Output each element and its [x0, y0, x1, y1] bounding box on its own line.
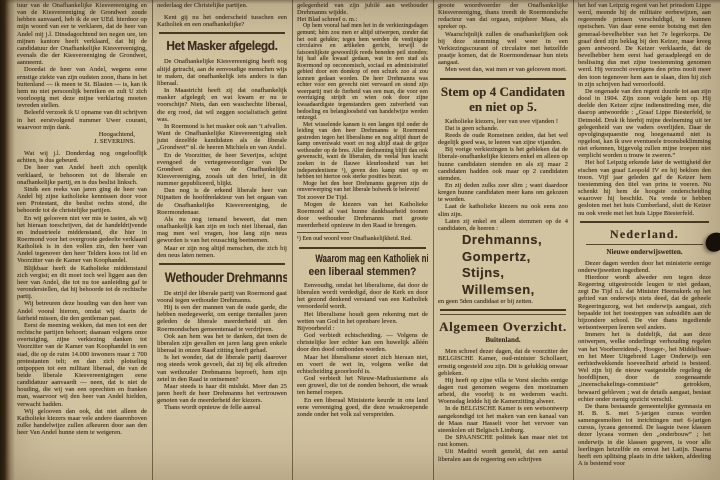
signature-name: J. SEVERIJNS. — [17, 138, 147, 145]
paragraph: De ongenade van den regent duurde tot aa… — [578, 88, 711, 160]
headline-algemeen-overzicht: Algemeen Overzicht. — [438, 319, 568, 334]
headline-het-masker-afgelegd: Het Masker afgelegd. — [160, 39, 284, 54]
paragraph: Hierdoor wordt alweder een tegen deze Re… — [578, 274, 711, 331]
paragraph: De SPAANSCHE politiek kan maar niet tot … — [438, 434, 568, 448]
paragraph: Ook aan hem was het te danken, dat toen … — [157, 333, 287, 354]
headline-nederland: Nederland. — [578, 227, 711, 241]
paragraph: Wij betreuren deze houding van den heer … — [17, 300, 147, 321]
paragraph: Eerst de meening wekken, dat men tot een… — [17, 322, 147, 408]
headline-wethouder-drehmanns: Wethouder Drehmanns. — [165, 270, 279, 286]
column-divider — [292, 0, 293, 480]
newspaper-column-1: tuur van de Onafhankelijke Kiesvereenigi… — [17, 2, 147, 480]
paragraph: Laat de katholieke kiezers nu ook eens z… — [438, 203, 568, 217]
paragraph: groote woordvoerder der Onafhankelijke K… — [438, 2, 568, 31]
paragraph: Immers het is duidelijk, dat aan deze on… — [578, 331, 711, 403]
subhead-buitenland: Buitenland. — [438, 336, 568, 345]
divider-rule — [159, 263, 285, 265]
paragraph: Laten zij enkel en alleen stemmen op de … — [438, 218, 568, 232]
paragraph: Als nu nog iemand beweert, dat men onafh… — [157, 216, 287, 245]
paragraph: God verbiedt het Nieuw-Mathusianisme als… — [297, 375, 428, 396]
paragraph: Maar er zijn nog altijd menschen, die zi… — [157, 245, 287, 259]
headline-waarom-mag-een-katholiek: Waarom mag een Katholiek niet op — [315, 253, 409, 266]
paragraph: In Maastricht heeft zij dat onafhankelij… — [157, 87, 287, 123]
divider-rule — [299, 247, 426, 249]
subhead-nieuwe-onderwijswetten: Nieuwe onderwijswetten. — [578, 248, 711, 257]
newspaper-column-4: groote woordvoerder der Onafhankelijke K… — [438, 2, 568, 480]
column-divider — [573, 0, 574, 480]
quoted-paragraph: Met wisselende kansen is een langen tijd… — [297, 122, 428, 181]
headline-waarom-mag-een-katholiek-2: een liberaal stemmen? — [304, 266, 422, 279]
paragraph: De heer van Andel heeft zich openlijk ve… — [17, 164, 147, 185]
newspaper-column-5: het hof van Leipzig regent van het prins… — [578, 2, 711, 480]
paragraph: Beleefd verzoek ik U opname van dit schr… — [17, 109, 147, 130]
paragraph: Hij is een der mannen van de oude garde,… — [157, 304, 287, 333]
paragraph: Hij heeft op zijne villa te Vorst slecht… — [438, 377, 568, 406]
divider-rule — [440, 78, 566, 80]
divider-rule — [297, 232, 349, 233]
paragraph: Mogen de kiezers van het Katholieke Roer… — [297, 201, 428, 230]
paragraph: En wij gelooven niet ver mis te tasten, … — [17, 215, 147, 265]
paragraph: Tot zoover De Tijd. — [297, 194, 428, 201]
paragraph: Het hof Leipzig erkende later de wettigh… — [578, 159, 711, 216]
paragraph: Dan nog is de erkend liberale heer van N… — [157, 187, 287, 216]
divider-rule — [586, 244, 703, 245]
paragraph: De Onafhankelijke Kiesvereeniging heeft … — [157, 58, 287, 87]
paragraph: Doordat de heer van Andel, wegens eene e… — [17, 66, 147, 109]
column-divider — [433, 0, 434, 480]
paragraph: het hof van Leipzig regent van het prins… — [578, 2, 711, 88]
paragraph: Wat wij j.l. Donderdag nog ongelooflijk … — [17, 150, 147, 164]
paragraph: Reeds de oude Romeinen zeiden, dat het w… — [438, 132, 568, 146]
paragraph: God verbiedt echtscheiding. — Volgens de… — [297, 332, 428, 353]
paragraph: Maar steeds is haar dit mislukt. Meer da… — [157, 383, 287, 404]
paragraph: Het liberalisme houdt geen rekening met … — [297, 311, 428, 325]
paragraph: En de Voorzitter, de heer Severijns, sch… — [157, 152, 287, 188]
paragraph: Thans wordt opnieuw de felle aanval — [157, 404, 287, 411]
paragraph: Dezer dagen werden door het ministerie e… — [578, 260, 711, 274]
headline-stem-op-4-candidaten: Stem op 4 Candidaten — [438, 84, 568, 99]
paragraph: In de BELGISCHE Kamer is een wetsontwerp… — [438, 405, 568, 434]
paragraph: Eenvoudig, omdat het liberalisme, dat do… — [297, 282, 428, 311]
paragraph: Katholieke kiezers, leer van uwe vijande… — [438, 118, 568, 125]
signature-closing: Hoogachtend, — [17, 131, 147, 138]
paragraph: Waarschijnlijk zullen de onafhankelijken… — [438, 31, 568, 67]
paragraph: Blijkbaar heeft de Katholieke middenstan… — [17, 265, 147, 301]
paragraph: In Roermond is het masker ook aan ’t afv… — [157, 123, 287, 152]
candidate-name-stijns: Stijns, — [438, 265, 568, 282]
column-divider — [152, 0, 153, 480]
divider-rule — [580, 221, 709, 223]
quoted-paragraph: Moge het den heer Drehmanns gegeven zijn… — [297, 181, 428, 194]
candidate-name-drehmanns: Drehmanns, — [438, 232, 568, 249]
candidate-name-willemsen: Willemsen, — [438, 282, 568, 299]
paragraph: En zij deden zulks zeer slim ; want daar… — [438, 182, 568, 203]
paragraph: Maar het liberalisme stoort zich hieraan… — [297, 354, 428, 375]
paragraph: Wij gelooven dan ook, dat niet alleen de… — [17, 408, 147, 437]
paragraph: Uit Madrid wordt gemeld, dat een aantal … — [438, 448, 568, 462]
footnote: ¹) Een oud woord voor Onafhankelijkheid.… — [297, 236, 428, 243]
paragraph: En een liberaal Ministerie keurde in ons… — [297, 397, 428, 418]
quoted-paragraph: Op hem vooral had men het in de verkiezi… — [297, 23, 428, 121]
divider-rule — [159, 32, 285, 34]
page-edge-shadow — [0, 0, 15, 480]
paragraph: Bij vorige verkiezingen is het gebleken … — [438, 146, 568, 182]
paragraph: Men schreef dezer dagen, dat de voorzitt… — [438, 348, 568, 377]
paragraph: Is het wonder, dat de liberale partij da… — [157, 354, 287, 383]
page-top-shadow — [0, 0, 720, 4]
paragraph: Dat is geen schande. — [438, 125, 568, 132]
paragraph: tuur van de Onafhankelijke Kiesvereenigi… — [17, 2, 147, 66]
newspaper-page: tuur van de Onafhankelijke Kiesvereenigi… — [0, 0, 720, 480]
headline-stem-op-4-candidaten-2: en niet op 5. — [438, 99, 568, 114]
paragraph: Sinds een reeks van jaren ging de heer v… — [17, 186, 147, 215]
paragraph: De strijd der liberale partij van Roermo… — [157, 290, 287, 304]
newspaper-column-2: nederlaag der Christelijke partijen.Kent… — [157, 2, 287, 480]
divider-rule — [440, 309, 566, 315]
paragraph: Kent gij nu het onderscheid tusschen een… — [157, 14, 287, 28]
paragraph: De thans bestaande gemeentelijke gymnasi… — [578, 403, 711, 467]
newspaper-column-3: gelegenheid van zijn jubilé aan wethoude… — [297, 2, 428, 480]
candidate-name-gompertz: Gompertz, — [438, 249, 568, 266]
paragraph: Bijvoorbeeld : — [297, 325, 428, 332]
paragraph: gelegenheid van zijn jubilé aan wethoude… — [297, 2, 428, 16]
paragraph: Men weet dan, wat men er van gelooven mo… — [438, 66, 568, 73]
paragraph: en geen 5den candidaat er bij zetten. — [438, 298, 568, 305]
